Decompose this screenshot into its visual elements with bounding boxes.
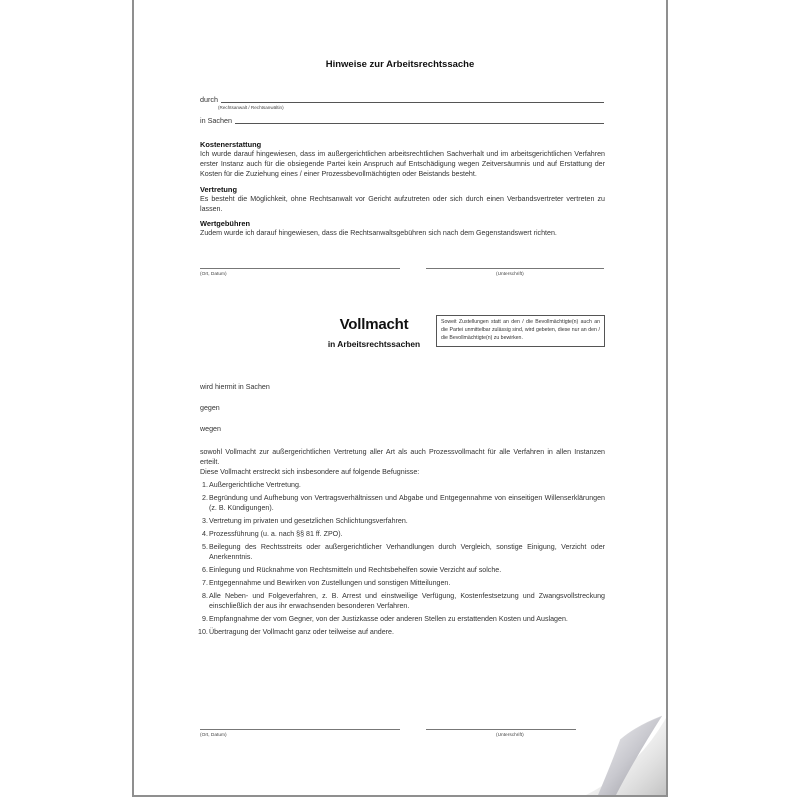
durch-input-line[interactable]	[221, 101, 604, 103]
vollmacht-intro: sowohl Vollmacht zur außergerichtlichen …	[200, 447, 605, 467]
place-date-line-1[interactable]	[200, 268, 400, 269]
section-text-wertgebuehren: Zudem wurde ich darauf hingewiesen, dass…	[200, 228, 605, 238]
place-date-line-2[interactable]	[200, 729, 400, 730]
powers-list: 1.Außergerichtliche Vertretung. 2.Begrün…	[200, 480, 605, 640]
signature-line-2[interactable]	[426, 729, 604, 730]
list-item: 10.Übertragung der Vollmacht ganz oder t…	[200, 627, 605, 637]
in-sachen-field[interactable]: in Sachen	[200, 116, 604, 125]
delivery-note-box: Soweit Zustellungen statt an den / die B…	[436, 315, 605, 347]
list-item: 9.Empfangnahme der vom Gegner, von der J…	[200, 614, 605, 624]
place-date-label-1: (Ort, Datum)	[200, 272, 227, 277]
section-text-vertretung: Es besteht die Möglichkeit, ohne Rechtsa…	[200, 194, 605, 214]
section-heading-kostenerstattung: Kostenerstattung	[200, 140, 261, 149]
in-sachen-input-line[interactable]	[235, 122, 604, 124]
page-curl-icon	[576, 700, 666, 795]
signature-line-1[interactable]	[426, 268, 604, 269]
form-page: Hinweise zur Arbeitsrechtssache durch (R…	[132, 0, 668, 797]
vollmacht-subtitle: in Arbeitsrechtssachen	[294, 339, 454, 349]
signature-label-2: (Unterschrift)	[496, 733, 524, 738]
durch-field[interactable]: durch	[200, 95, 604, 104]
signature-label-1: (Unterschrift)	[496, 272, 524, 277]
durch-label: durch	[200, 95, 221, 104]
hinweise-title: Hinweise zur Arbeitsrechtssache	[134, 59, 666, 70]
in-sachen-label: in Sachen	[200, 116, 235, 125]
section-heading-vertretung: Vertretung	[200, 185, 237, 194]
list-item: 8.Alle Neben- und Folgeverfahren, z. B. …	[200, 591, 605, 611]
durch-sublabel: (Rechtsanwalt / Rechtsanwältin)	[218, 105, 284, 110]
list-item: 1.Außergerichtliche Vertretung.	[200, 480, 605, 490]
vollmacht-title: Vollmacht	[314, 316, 434, 333]
list-item: 4.Prozessführung (u. a. nach §§ 81 ff. Z…	[200, 529, 605, 539]
section-text-kostenerstattung: Ich wurde darauf hingewiesen, dass im au…	[200, 149, 605, 180]
place-date-label-2: (Ort, Datum)	[200, 733, 227, 738]
in-sachen-vollmacht-label: wird hiermit in Sachen	[200, 383, 270, 391]
vollmacht-scope-intro: Diese Vollmacht erstreckt sich insbesond…	[200, 467, 605, 477]
section-heading-wertgebuehren: Wertgebühren	[200, 219, 250, 228]
list-item: 2.Begründung und Aufhebung von Vertragsv…	[200, 493, 605, 513]
gegen-label: gegen	[200, 404, 220, 412]
wegen-label: wegen	[200, 425, 221, 433]
list-item: 7.Entgegennahme und Bewirken von Zustell…	[200, 578, 605, 588]
list-item: 6.Einlegung und Rücknahme von Rechtsmitt…	[200, 565, 605, 575]
list-item: 5.Beilegung des Rechtsstreits oder außer…	[200, 542, 605, 562]
list-item: 3.Vertretung im privaten und gesetzliche…	[200, 516, 605, 526]
